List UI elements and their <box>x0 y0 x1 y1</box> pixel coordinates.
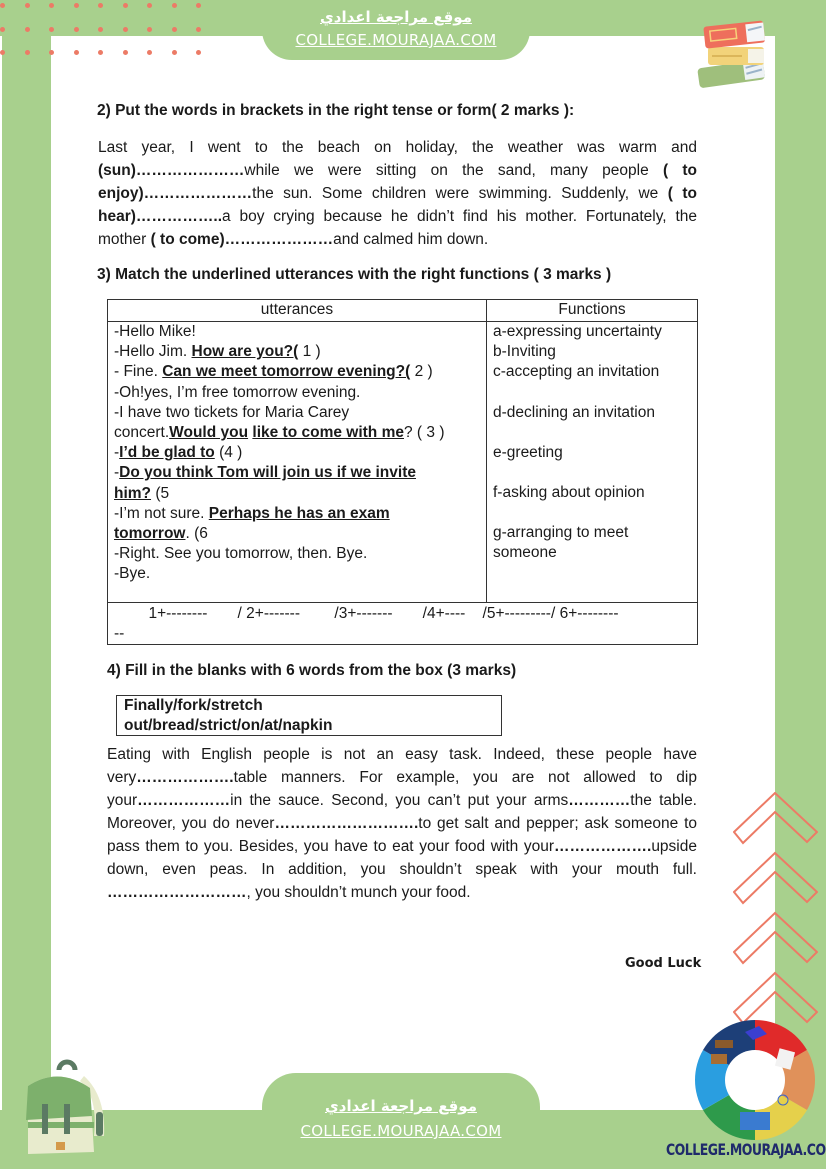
blank-prompt: (sun)………………… <box>98 162 244 179</box>
spacer <box>493 383 691 403</box>
dot <box>74 50 79 55</box>
utterances-cell: -Hello Mike!-Hello Jim. How are you?( 1 … <box>108 322 487 603</box>
underlined-utterance: How are you?( <box>192 343 299 360</box>
functions-cell: a-expressing uncertaintyb-Invitingc-acce… <box>487 322 698 603</box>
matching-table: utterances Functions -Hello Mike!-Hello … <box>107 299 698 645</box>
footer-site-name-ar: موقع مراجعة اعدادي <box>262 1097 540 1115</box>
underlined-utterance: him? <box>114 485 151 502</box>
chevron-up-icons <box>733 792 818 1042</box>
spacer <box>493 503 691 523</box>
utterance-text: - Fine. <box>114 363 162 380</box>
word-box: Finally/fork/stretch out/bread/strict/on… <box>116 695 502 736</box>
function-option: d-declining an invitation <box>493 403 691 423</box>
dot <box>49 27 54 32</box>
header-site-name-ar: موقع مراجعة اعدادي <box>262 8 530 26</box>
underlined-utterance: Would you <box>169 424 248 441</box>
blank-prompt: ………………. <box>554 838 651 855</box>
paragraph-text: in the sauce. Second, you can’t put your… <box>230 792 568 809</box>
header-utterances: utterances <box>108 300 487 322</box>
function-option: someone <box>493 543 691 563</box>
blank-prompt: ……………… <box>137 792 230 809</box>
underlined-utterance: Can we meet tomorrow evening?( <box>162 363 410 380</box>
blank-prompt: ………………. <box>136 769 233 786</box>
utterance-text: -Right. See you tomorrow, then. Bye. <box>114 545 367 562</box>
utterance-text: 2 ) <box>410 363 432 380</box>
decorative-dots <box>0 0 200 60</box>
function-option: e-greeting <box>493 443 691 463</box>
function-option: a-expressing uncertainty <box>493 322 691 342</box>
header-functions: Functions <box>487 300 698 322</box>
dot <box>196 27 201 32</box>
function-option: g-arranging to meet <box>493 523 691 543</box>
section3-title: 3) Match the underlined utterances with … <box>97 266 611 284</box>
underlined-utterance: like to come with me <box>252 424 404 441</box>
utterance-text: -Hello Mike! <box>114 323 196 340</box>
paragraph-text: and calmed him down. <box>333 231 488 248</box>
dot <box>196 3 201 8</box>
dot <box>123 3 128 8</box>
utterance-text: (4 ) <box>215 444 243 461</box>
paragraph-text: Last year, I went to the beach on holida… <box>98 139 697 156</box>
utterance-line: -I have two tickets for Maria Carey <box>114 403 480 423</box>
blank-prompt: ………………………. <box>274 815 418 832</box>
header-site-url[interactable]: COLLEGE.MOURAJAA.COM <box>262 31 530 49</box>
utterance-line: -Hello Jim. How are you?( 1 ) <box>114 342 480 362</box>
dot <box>0 27 5 32</box>
dot <box>25 50 30 55</box>
utterance-line: -Hello Mike! <box>114 322 480 342</box>
dot <box>196 50 201 55</box>
utterance-text: -Hello Jim. <box>114 343 192 360</box>
utterance-line: -Do you think Tom will join us if we inv… <box>114 463 480 483</box>
dot <box>123 50 128 55</box>
dot <box>98 50 103 55</box>
section2-paragraph: Last year, I went to the beach on holida… <box>98 136 697 251</box>
dot <box>74 27 79 32</box>
dot <box>172 50 177 55</box>
spacer <box>493 463 691 483</box>
dot <box>172 3 177 8</box>
spacer <box>493 423 691 443</box>
function-option: f-asking about opinion <box>493 483 691 503</box>
paragraph-text: the sun. Some children were swimming. Su… <box>252 185 668 202</box>
dot <box>98 3 103 8</box>
function-option: c-accepting an invitation <box>493 362 691 382</box>
utterance-text: 1 ) <box>298 343 320 360</box>
section4-title: 4) Fill in the blanks with 6 words from … <box>107 662 516 680</box>
utterance-text: (5 <box>151 485 169 502</box>
word-box-line-1: Finally/fork/stretch <box>124 696 501 716</box>
dot <box>49 3 54 8</box>
utterance-line: -I’d be glad to (4 ) <box>114 443 480 463</box>
utterance-line: him? (5 <box>114 484 480 504</box>
utterance-line: concert.Would you like to come with me? … <box>114 423 480 443</box>
blank-prompt: ………… <box>568 792 630 809</box>
dot <box>147 50 152 55</box>
underlined-utterance: Perhaps he has an exam <box>209 505 390 522</box>
utterance-text: -I have two tickets for Maria Carey <box>114 404 349 421</box>
dot <box>172 27 177 32</box>
utterance-text: -Oh!yes, I’m free tomorrow evening. <box>114 384 360 401</box>
utterance-text: . (6 <box>185 525 207 542</box>
dot <box>123 27 128 32</box>
dot <box>98 27 103 32</box>
footer-logo-text[interactable]: COLLEGE.MOURAJAA.COM <box>666 1140 826 1159</box>
blank-prompt: ( to come)………………… <box>151 231 334 248</box>
dot <box>147 27 152 32</box>
utterance-line: -Oh!yes, I’m free tomorrow evening. <box>114 383 480 403</box>
utterance-line: -I’m not sure. Perhaps he has an exam <box>114 504 480 524</box>
dot <box>49 50 54 55</box>
footer-site-url[interactable]: COLLEGE.MOURAJAA.COM <box>262 1122 540 1140</box>
subjects-wheel-logo <box>695 1020 815 1140</box>
utterance-text: -I’m not sure. <box>114 505 209 522</box>
underlined-utterance: Do you think Tom will join us if we invi… <box>119 464 416 481</box>
function-option: b-Inviting <box>493 342 691 362</box>
utterance-text: ? ( 3 ) <box>404 424 444 441</box>
word-box-line-2: out/bread/strict/on/at/napkin <box>124 716 501 736</box>
dot <box>0 50 5 55</box>
utterance-text: concert. <box>114 424 169 441</box>
section4-paragraph: Eating with English people is not an eas… <box>107 743 697 904</box>
dot <box>25 3 30 8</box>
backpack-icon <box>14 1056 114 1156</box>
utterance-line: - Fine. Can we meet tomorrow evening?( 2… <box>114 362 480 382</box>
dot <box>74 3 79 8</box>
footer-banner: موقع مراجعة اعدادي COLLEGE.MOURAJAA.COM <box>262 1073 540 1169</box>
books-stack-icon <box>690 12 770 92</box>
dot <box>0 3 5 8</box>
dot <box>147 3 152 8</box>
utterance-line: -Right. See you tomorrow, then. Bye. <box>114 544 480 564</box>
header-banner: موقع مراجعة اعدادي COLLEGE.MOURAJAA.COM <box>262 0 530 60</box>
section2-title: 2) Put the words in brackets in the righ… <box>97 102 574 120</box>
dot <box>25 27 30 32</box>
utterance-text: -Bye. <box>114 565 150 582</box>
underlined-utterance: tomorrow <box>114 525 185 542</box>
utterance-line: -Bye. <box>114 564 480 584</box>
answer-row[interactable]: 1+-------- / 2+------- /3+------- /4+---… <box>108 603 698 645</box>
paragraph-text: , you shouldn’t munch your food. <box>247 884 471 901</box>
paragraph-text: while we were sitting on the sand, many … <box>244 162 663 179</box>
good-luck-text: Good Luck <box>625 956 701 971</box>
utterance-line: tomorrow. (6 <box>114 524 480 544</box>
underlined-utterance: I’d be glad to <box>119 444 215 461</box>
blank-prompt: ……………………… <box>107 884 247 901</box>
left-frame-band <box>2 0 51 1169</box>
